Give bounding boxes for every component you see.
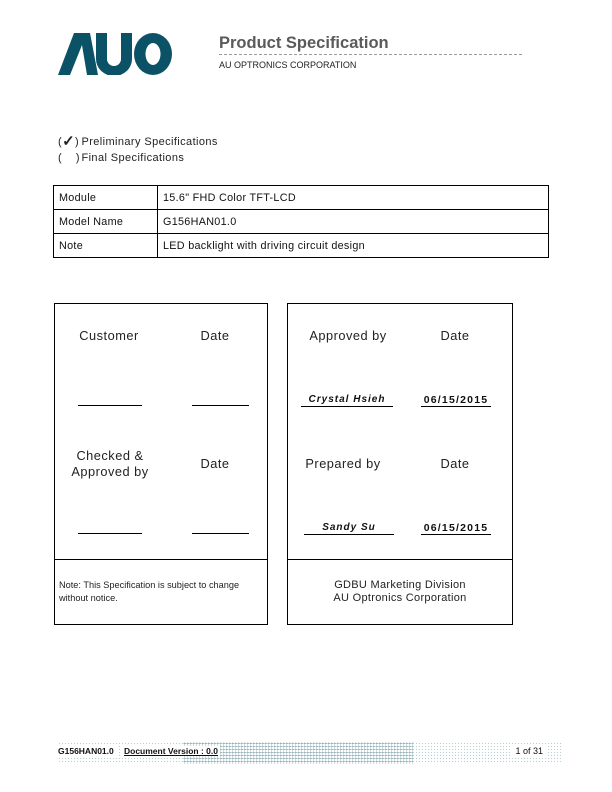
date-label: Date xyxy=(425,328,485,344)
approved-date: 06/15/2015 xyxy=(421,394,491,407)
box-divider xyxy=(288,559,512,560)
table-row: Note LED backlight with driving circuit … xyxy=(54,234,549,258)
status-label: Final Specifications xyxy=(81,152,184,164)
row-label: Module xyxy=(54,186,158,210)
footer-version: Document Version : 0.0 xyxy=(122,746,220,756)
table-row: Module 15.6" FHD Color TFT-LCD xyxy=(54,186,549,210)
info-table: Module 15.6" FHD Color TFT-LCD Model Nam… xyxy=(53,185,549,258)
status-preliminary: (✓) Preliminary Specifications xyxy=(58,131,218,149)
checked-date-line xyxy=(192,533,249,534)
customer-label: Customer xyxy=(69,328,149,344)
company-name: AU OPTRONICS CORPORATION xyxy=(219,60,356,70)
row-label: Model Name xyxy=(54,210,158,234)
row-label: Note xyxy=(54,234,158,258)
auo-signoff-box: Approved by Date Crystal Hsieh 06/15/201… xyxy=(287,303,513,625)
division-info: GDBU Marketing Division AU Optronics Cor… xyxy=(288,579,512,605)
row-value: 15.6" FHD Color TFT-LCD xyxy=(158,186,549,210)
auo-logo xyxy=(58,33,172,75)
customer-signoff-box: Customer Date Checked & Approved by Date… xyxy=(54,303,268,625)
customer-date-line xyxy=(192,405,249,406)
approved-signature: Crystal Hsieh xyxy=(301,394,393,407)
date-label: Date xyxy=(425,456,485,472)
customer-signature-line xyxy=(78,405,142,406)
document-title: Product Specification xyxy=(219,34,389,53)
prepared-by-label: Prepared by xyxy=(298,456,388,472)
checked-approved-label: Checked & Approved by xyxy=(60,448,160,480)
checked-signature-line xyxy=(78,533,142,534)
row-value: G156HAN01.0 xyxy=(158,210,549,234)
approved-by-label: Approved by xyxy=(298,328,398,344)
status-label: Preliminary Specifications xyxy=(81,136,217,148)
table-row: Model Name G156HAN01.0 xyxy=(54,210,549,234)
prepared-date: 06/15/2015 xyxy=(421,522,491,535)
footer-model: G156HAN01.0 xyxy=(58,746,117,756)
box-divider xyxy=(55,559,267,560)
checkmark-icon: ✓ xyxy=(62,133,75,150)
date-label: Date xyxy=(185,456,245,472)
page-number: 1 of 31 xyxy=(512,746,546,756)
prepared-signature: Sandy Su xyxy=(304,522,394,535)
status-final: ( ) Final Specifications xyxy=(58,152,184,164)
row-value: LED backlight with driving circuit desig… xyxy=(158,234,549,258)
page-footer: G156HAN01.0 Document Version : 0.0 1 of … xyxy=(58,742,562,764)
header-rule xyxy=(219,54,522,55)
date-label: Date xyxy=(185,328,245,344)
change-notice: Note: This Specification is subject to c… xyxy=(59,579,249,605)
